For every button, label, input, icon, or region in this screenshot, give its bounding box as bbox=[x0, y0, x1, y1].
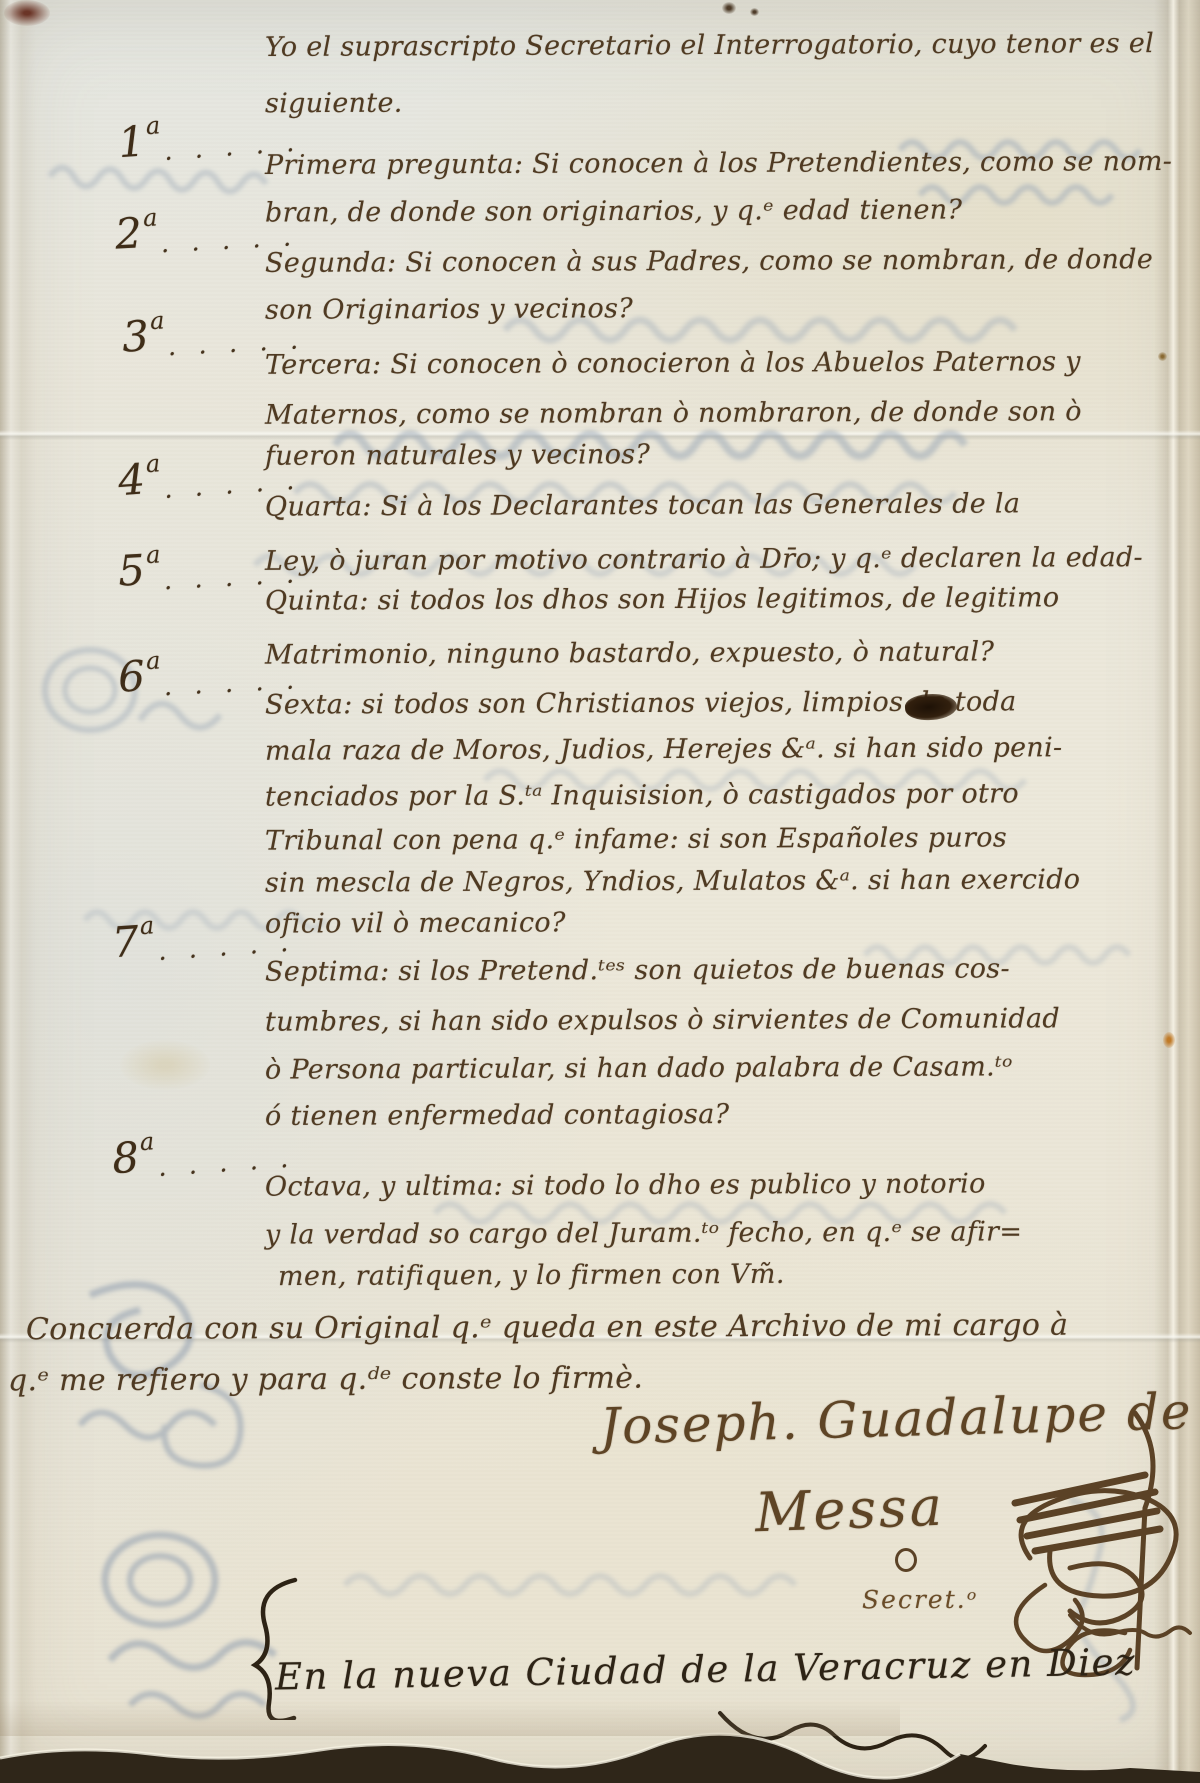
signature-name-line2: Messa bbox=[754, 1475, 946, 1545]
closing-line-2: q.ᵉ me refiero y para q.ᵈᵉ conste lo fir… bbox=[8, 1361, 643, 1399]
q8-line-3: men, ratifiquen, y lo firmen con Vm̃. bbox=[278, 1259, 785, 1292]
ink-speck bbox=[722, 2, 736, 14]
ink-speck bbox=[750, 8, 759, 16]
q4-line-1: Quarta: Si à los Declarantes tocan las G… bbox=[265, 488, 1020, 522]
footer-dateline: En la nueva Ciudad de la Veracruz en Die… bbox=[275, 1640, 1137, 1698]
q2-line-1: Segunda: Si conocen à sus Padres, como s… bbox=[265, 244, 1153, 279]
q7-line-1: Septima: si los Pretend.ᵗᵉˢ son quietos … bbox=[265, 953, 1010, 987]
q6-line-2: mala raza de Moros, Judios, Herejes &ᵃ. … bbox=[265, 732, 1063, 766]
torn-bottom-edge bbox=[0, 1730, 1200, 1783]
q6-line-3: tenciados por la S.ᵗᵃ Inquisision, ò cas… bbox=[265, 778, 1019, 812]
footer-initial-flourish bbox=[240, 1570, 310, 1720]
q6-line-5: sin mescla de Negros, Yndios, Mulatos &ᵃ… bbox=[265, 864, 1080, 899]
page-left-edge bbox=[0, 0, 36, 1783]
rust-speck bbox=[1163, 1032, 1175, 1048]
q6-line-4: Tribunal con pena q.ᵉ infame: si son Esp… bbox=[265, 822, 1007, 856]
q2-line-2: son Originarios y vecinos? bbox=[265, 293, 633, 326]
q3-line-2: Maternos, como se nombran ò nombraron, d… bbox=[265, 396, 1082, 431]
ghost-bleedthrough bbox=[340, 1555, 820, 1615]
signature-title: Secret.ᵒ bbox=[862, 1585, 978, 1615]
q5-line-1: Quinta: si todos los dhos son Hijos legi… bbox=[265, 582, 1060, 616]
q7-line-4: ó tienen enfermedad contagiosa? bbox=[265, 1099, 729, 1132]
ink-stain bbox=[4, 0, 50, 26]
q8-line-2: y la verdad so cargo del Juram.ᵗᵒ fecho,… bbox=[265, 1216, 1022, 1250]
manuscript-page: Yo el suprascripto Secretario el Interro… bbox=[0, 0, 1200, 1783]
q1-line-2: bran, de donde son originarios, y q.ᵉ ed… bbox=[265, 194, 962, 228]
q6-line-6: oficio vil ò mecanico? bbox=[265, 907, 566, 939]
q1-line-1: Primera pregunta: Si conocen à los Prete… bbox=[265, 146, 1172, 181]
q5-line-2: Matrimonio, ninguno bastardo, expuesto, … bbox=[265, 636, 994, 670]
paper-discoloration bbox=[120, 1040, 210, 1090]
closing-line-1: Concuerda con su Original q.ᵉ queda en e… bbox=[26, 1308, 1068, 1348]
q7-line-3: ò Persona particular, si han dado palabr… bbox=[265, 1051, 1013, 1085]
q4-line-2: Ley, ò juran por motivo contrario à Dr̄o… bbox=[265, 542, 1143, 577]
q3-line-1: Tercera: Si conocen ò conocieron à los A… bbox=[265, 346, 1081, 381]
q6-line-1: Sexta: si todos son Christianos viejos, … bbox=[265, 686, 1017, 720]
q7-line-2: tumbres, si han sido expulsos ò sirvient… bbox=[265, 1003, 1060, 1037]
rust-speck bbox=[1158, 352, 1167, 361]
intro-line-1: Yo el suprascripto Secretario el Interro… bbox=[265, 28, 1154, 63]
q3-line-3: fueron naturales y vecinos? bbox=[265, 439, 650, 472]
q8-line-1: Octava, y ultima: si todo lo dho es publ… bbox=[265, 1168, 986, 1202]
signature-o-mark bbox=[895, 1548, 917, 1572]
